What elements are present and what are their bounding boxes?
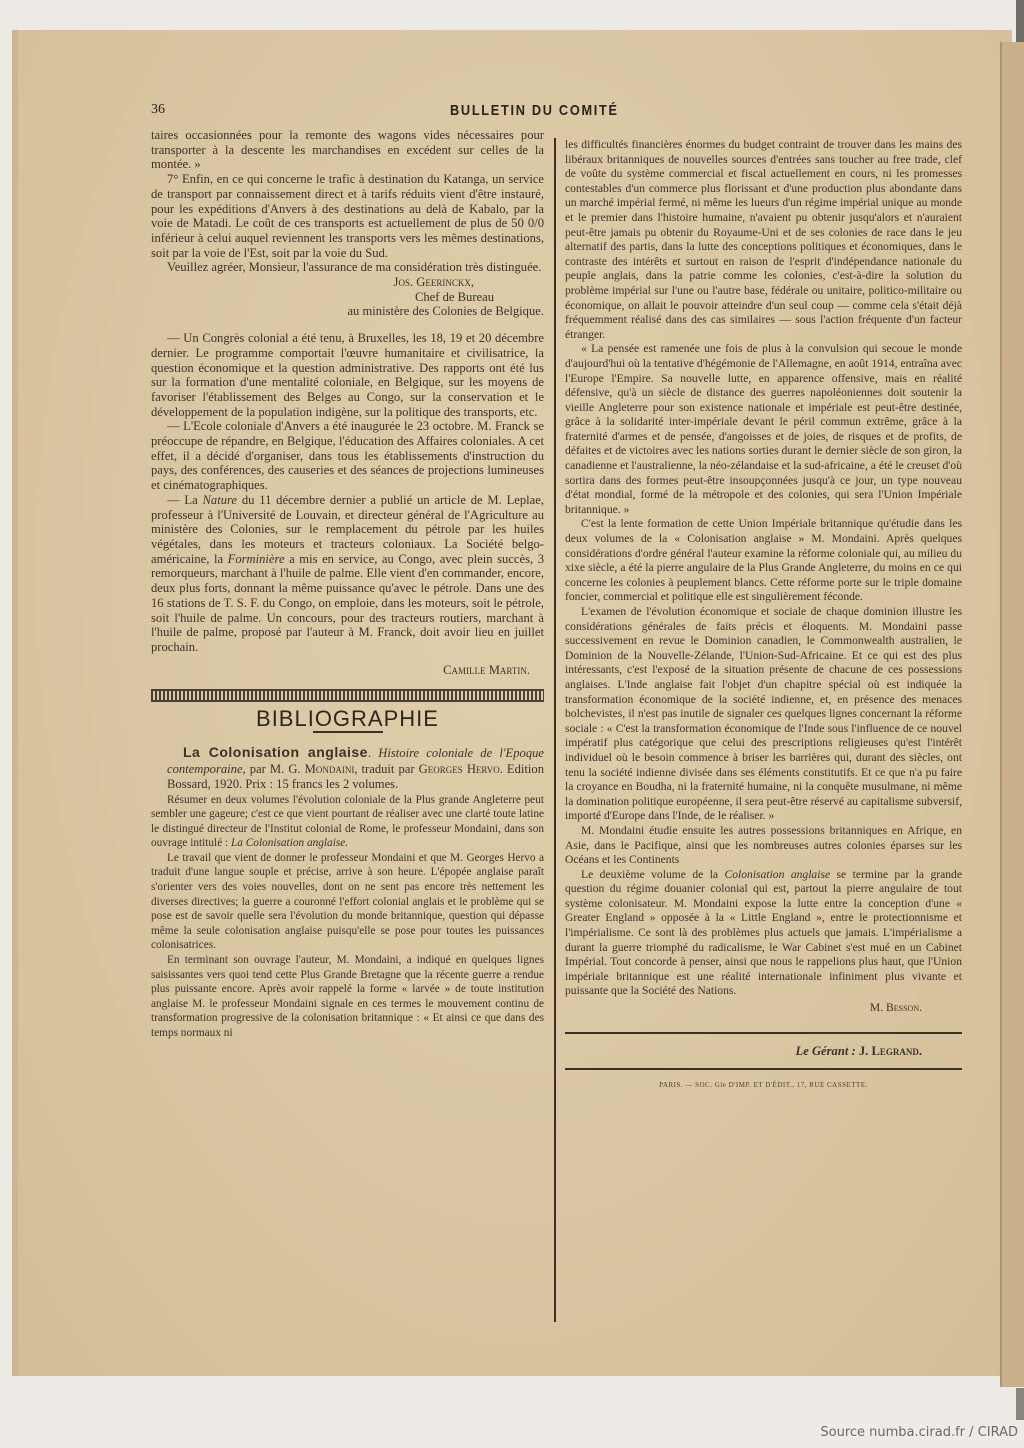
signature-org: au ministère des Colonies de Belgique. (151, 304, 544, 319)
paragraph: 7° Enfin, en ce qui concerne le trafic à… (151, 172, 544, 260)
section-title: BIBLIOGRAPHIE (151, 712, 544, 727)
left-column: taires occasionnées pour la remonte des … (151, 128, 544, 1041)
review-paragraph: Le travail que vient de donner le profes… (151, 851, 544, 953)
gerant-line: Le Gérant : J. Legrand. (565, 1044, 962, 1059)
printer-imprint: PARIS. — SOC. Gle D'IMP. ET D'ÉDIT., 17,… (565, 1078, 962, 1093)
ornamental-rule (151, 689, 544, 702)
paragraph-nature: — La Nature du 11 décembre dernier a pub… (151, 493, 544, 655)
page-number: 36 (151, 102, 165, 118)
horizontal-rule (565, 1068, 962, 1070)
right-column: les difficultés financières énormes du b… (565, 138, 962, 1092)
paragraph-ecole: — L'Ecole coloniale d'Anvers a été inaug… (151, 419, 544, 493)
scanner-edge (1016, 0, 1024, 44)
scanner-edge-bottom (1016, 1388, 1024, 1420)
review-paragraph: M. Mondaini étudie ensuite les autres po… (565, 824, 962, 868)
review-paragraph: C'est la lente formation de cette Union … (565, 517, 962, 605)
review-paragraph: Le deuxième volume de la Colonisation an… (565, 868, 962, 999)
review-paragraph: L'examen de l'évolution économique et so… (565, 605, 962, 824)
paragraph-congres: — Un Congrès colonial a été tenu, à Brux… (151, 331, 544, 419)
signature-besson: M. Besson. (565, 1001, 962, 1016)
adjacent-page-edge (1000, 42, 1024, 1387)
book-citation: La Colonisation anglaise. Histoire colon… (151, 745, 544, 793)
source-credit: Source numba.cirad.fr / CIRAD (820, 1425, 1018, 1440)
title-underline (313, 731, 383, 733)
review-quote: « La pensée est ramenée une fois de plus… (565, 342, 962, 517)
signature-martin: Camille Martin. (151, 663, 544, 678)
review-paragraph: les difficultés financières énormes du b… (565, 138, 962, 342)
review-paragraph: En terminant son ouvrage l'auteur, M. Mo… (151, 953, 544, 1041)
signature-name: Jos. Geerinckx, (151, 275, 544, 290)
paragraph: Veuillez agréer, Monsieur, l'assurance d… (151, 260, 544, 275)
horizontal-rule (565, 1032, 962, 1034)
column-divider (554, 138, 556, 1322)
review-paragraph: Résumer en deux volumes l'évolution colo… (151, 793, 544, 851)
paragraph: taires occasionnées pour la remonte des … (151, 128, 544, 172)
running-title: BULLETIN DU COMITÉ (450, 102, 619, 119)
signature-role: Chef de Bureau (151, 290, 544, 305)
